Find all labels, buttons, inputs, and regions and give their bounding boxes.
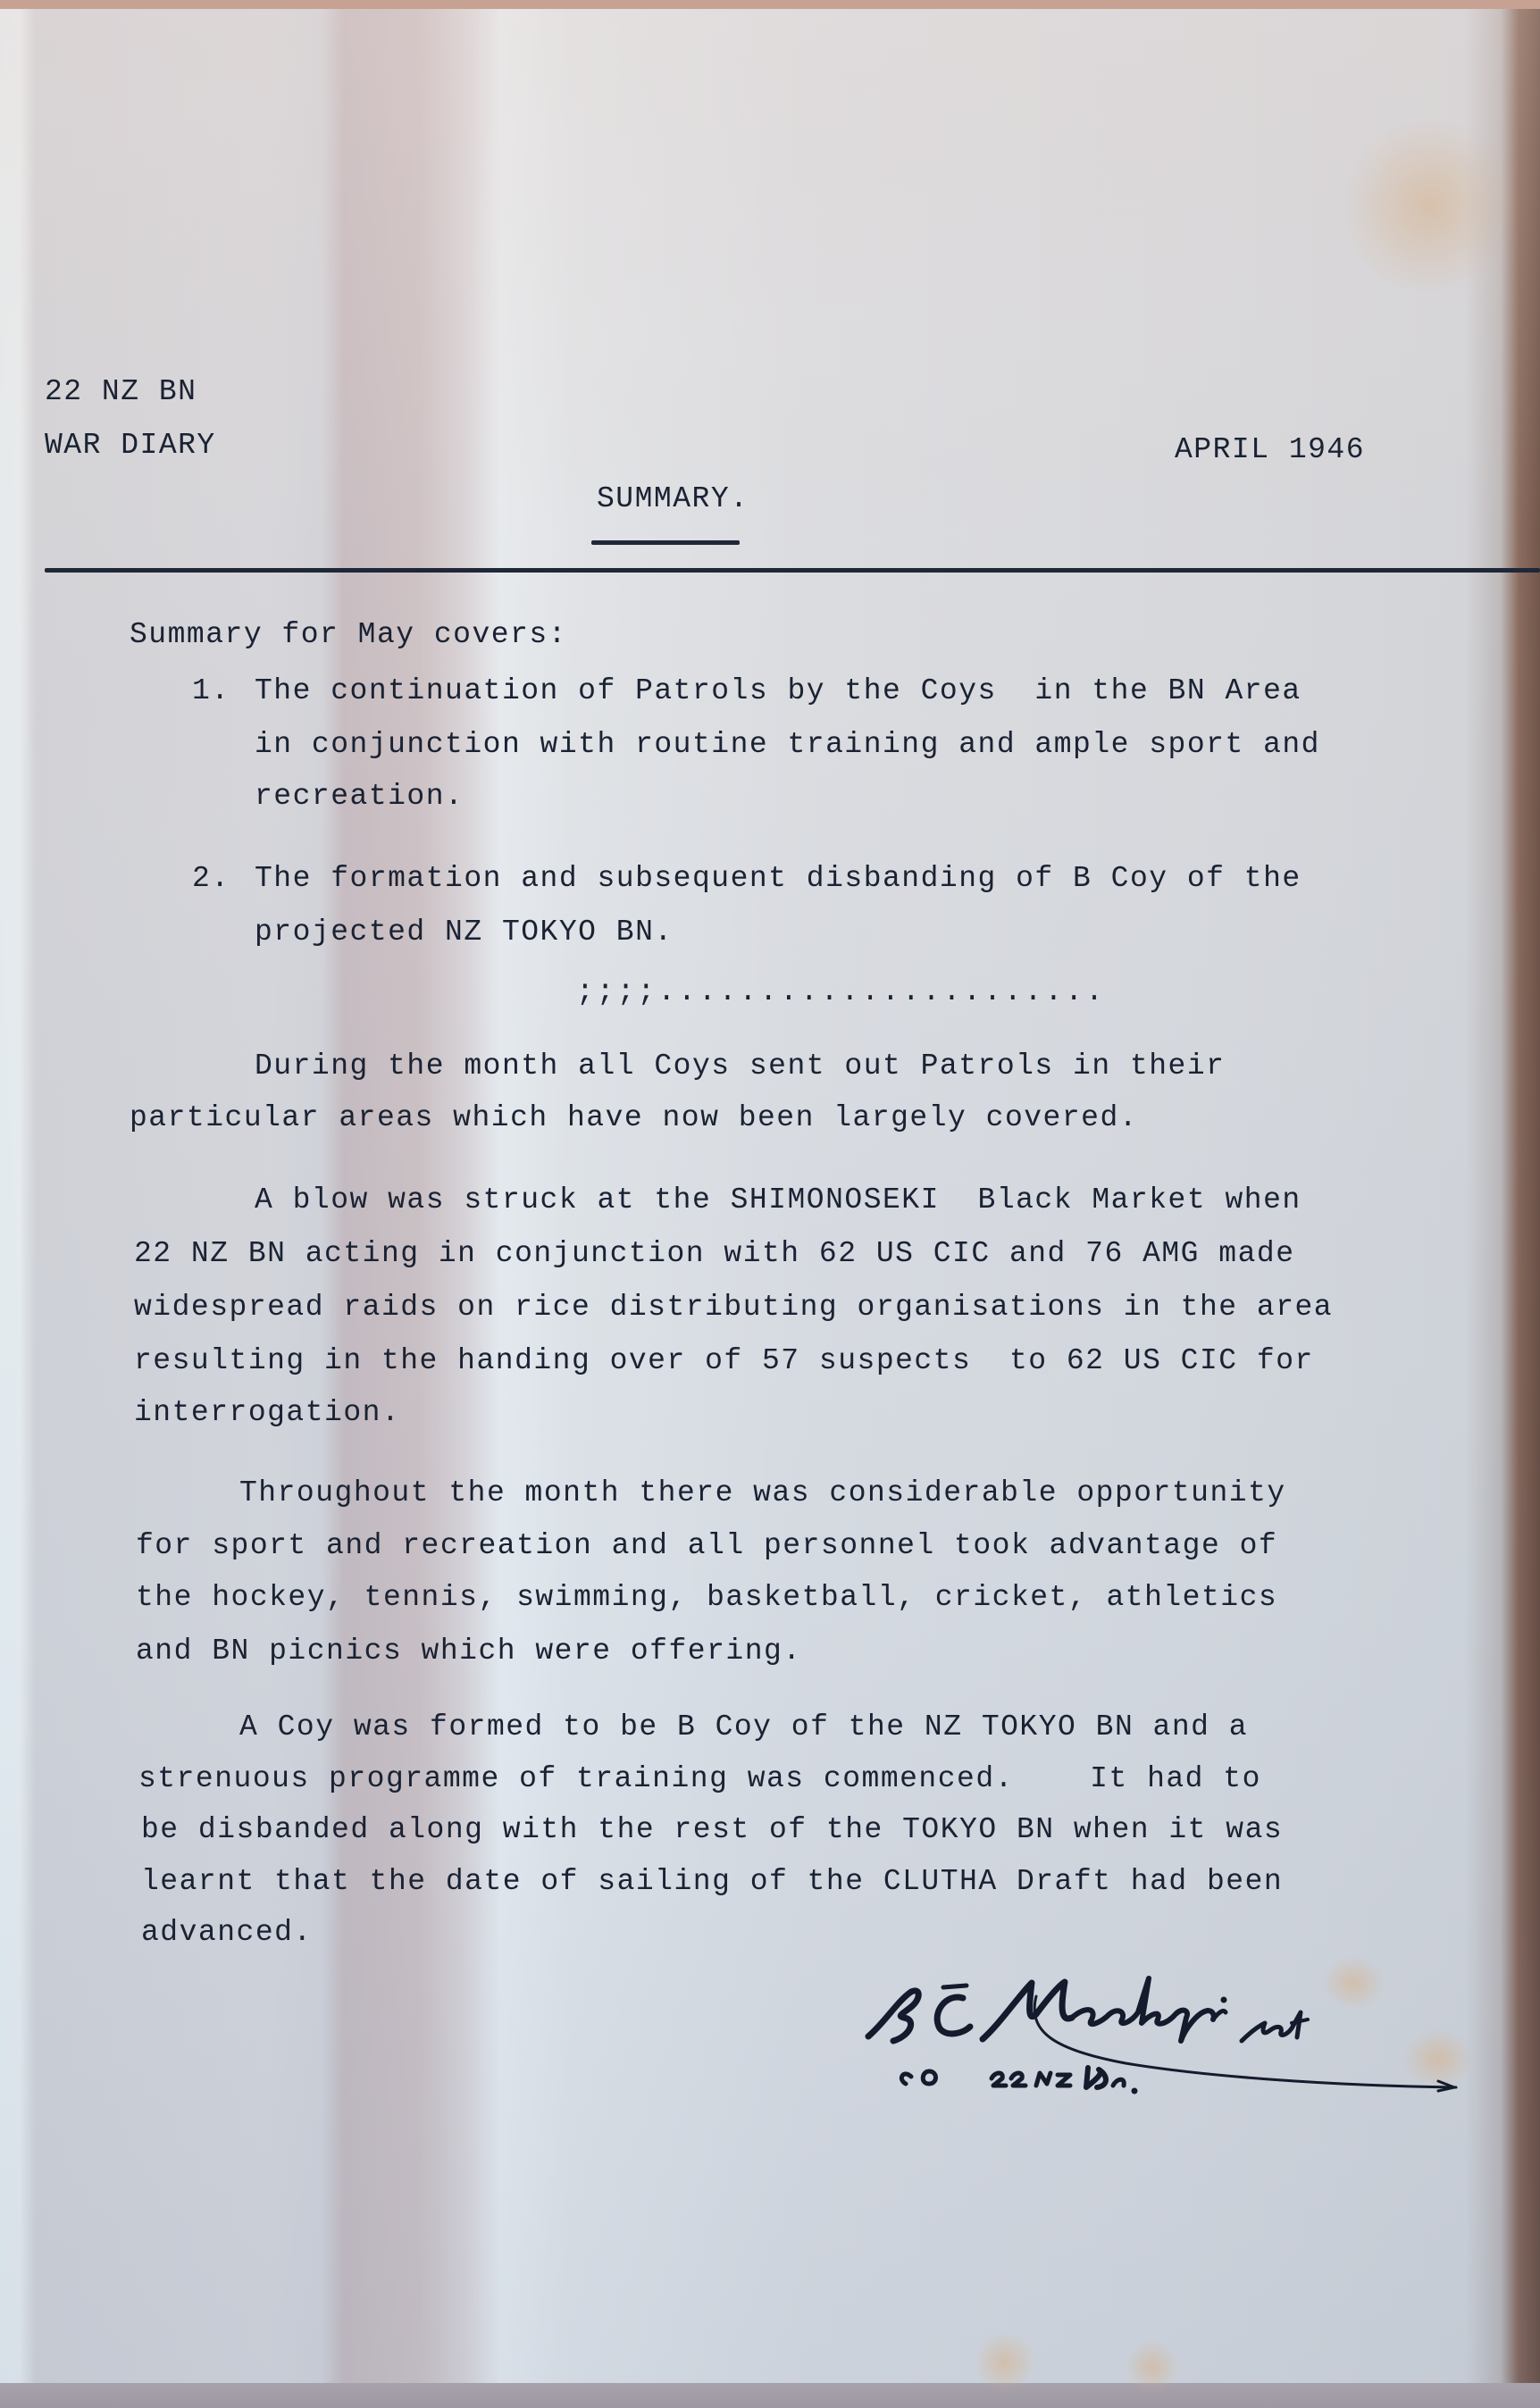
paragraph-line: 22 NZ BN acting in conjunction with 62 U… <box>134 1237 1295 1270</box>
list-item-line: The formation and subsequent disbanding … <box>255 862 1301 895</box>
list-item-line: in conjunction with routine training and… <box>255 728 1320 761</box>
paragraph-line: resulting in the handing over of 57 susp… <box>134 1344 1314 1377</box>
paragraph-line: for sport and recreation and all personn… <box>136 1529 1277 1562</box>
list-item-line: projected NZ TOKYO BN. <box>255 916 674 949</box>
separator-dots: ;;;;...................... <box>576 975 1106 1008</box>
paragraph-line: particular areas which have now been lar… <box>130 1101 1138 1134</box>
date-label: APRIL 1946 <box>1175 433 1365 466</box>
paragraph-line: During the month all Coys sent out Patro… <box>255 1049 1225 1083</box>
paragraph-line: A blow was struck at the SHIMONOSEKI Bla… <box>255 1183 1301 1217</box>
unit-label: 22 NZ BN <box>45 375 197 408</box>
page-top-edge <box>0 0 1540 9</box>
intro-text: Summary for May covers: <box>130 618 567 651</box>
paragraph-line: strenuous programme of training was comm… <box>138 1762 1261 1795</box>
title-underline <box>591 540 740 545</box>
paragraph-line: and BN picnics which were offering. <box>136 1635 802 1668</box>
paragraph-line: be disbanded along with the rest of the … <box>141 1813 1283 1846</box>
handwritten-signature <box>858 1961 1483 2094</box>
paragraph-line: interrogation. <box>134 1396 400 1429</box>
paper-stain <box>1340 116 1519 295</box>
list-item-number: 1. <box>192 674 230 707</box>
paragraph-line: advanced. <box>141 1916 313 1949</box>
list-item-number: 2. <box>192 862 230 895</box>
paper-stain <box>1126 2340 1179 2394</box>
paragraph-line: A Coy was formed to be B Coy of the NZ T… <box>239 1710 1248 1743</box>
paragraph-line: Throughout the month there was considera… <box>239 1476 1286 1509</box>
page-title: SUMMARY. <box>597 482 749 515</box>
paragraph-line: the hockey, tennis, swimming, basketball… <box>136 1581 1277 1614</box>
header-divider <box>45 568 1540 573</box>
paragraph-line: widespread raids on rice distributing or… <box>134 1291 1333 1324</box>
list-item-line: recreation. <box>255 780 464 813</box>
page-bottom-edge <box>0 2383 1540 2408</box>
list-item-line: The continuation of Patrols by the Coys … <box>255 674 1301 707</box>
paragraph-line: learnt that the date of sailing of the C… <box>141 1865 1283 1898</box>
paper-stain <box>974 2331 1036 2394</box>
doc-type-label: WAR DIARY <box>45 429 216 462</box>
document-page: 22 NZ BN WAR DIARY APRIL 1946 SUMMARY. S… <box>0 0 1540 2408</box>
